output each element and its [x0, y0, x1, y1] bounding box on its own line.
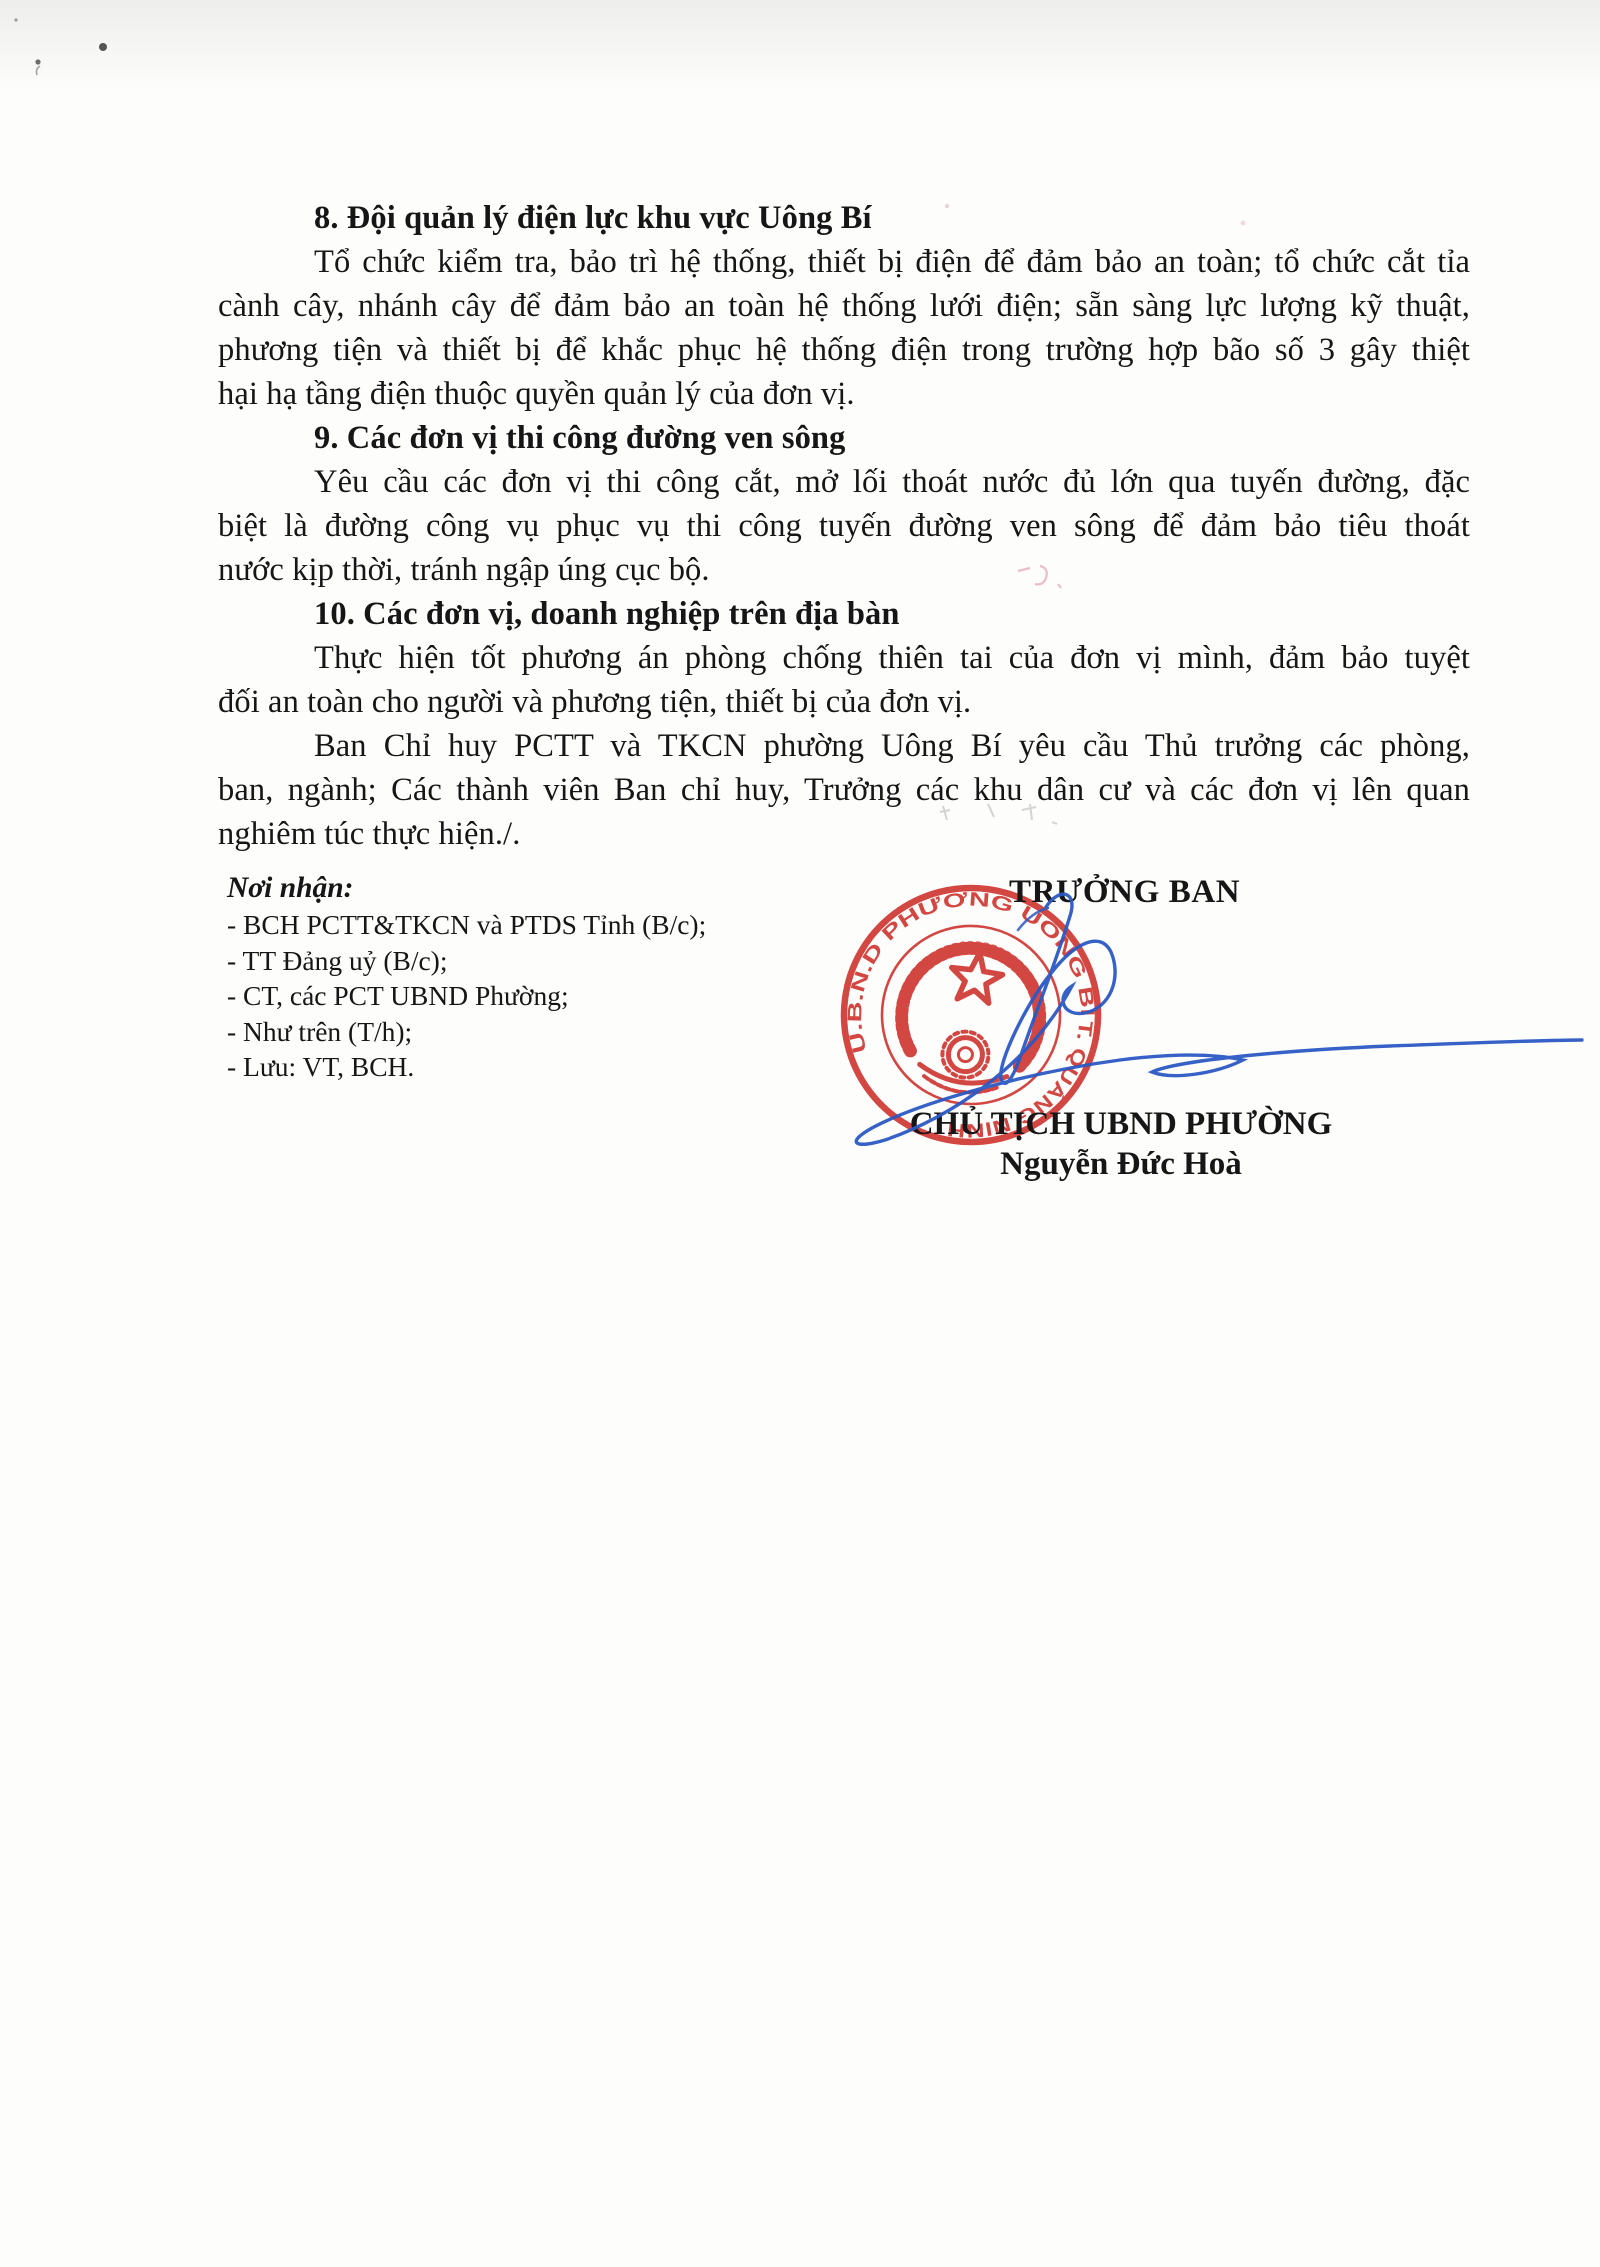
closing-line: Ban Chỉ huy PCTT và TKCN phường Uông Bí …	[218, 724, 1470, 768]
section-9-line: Yêu cầu các đơn vị thi công cắt, mở lối …	[218, 460, 1470, 504]
section-10-line: đối an toàn cho người và phương tiện, th…	[218, 680, 1470, 724]
signature-role-bottom: CHỦ TỊCH UBND PHƯỜNG	[903, 1106, 1339, 1143]
scan-shading	[0, 0, 1600, 90]
recipient-item: - BCH PCTT&TKCN và PTDS Tỉnh (B/c);	[227, 907, 706, 943]
signer-name: Nguyễn Đức Hoà	[903, 1146, 1339, 1183]
document-body: 8. Đội quản lý điện lực khu vực Uông Bí …	[218, 196, 1470, 856]
recipient-item: - TT Đảng uỷ (B/c);	[227, 943, 706, 979]
recipients-block: Nơi nhận: - BCH PCTT&TKCN và PTDS Tỉnh (…	[227, 869, 706, 1085]
recipients-title: Nơi nhận:	[227, 869, 706, 907]
section-9-line: biệt là đường công vụ phục vụ thi công t…	[218, 504, 1470, 548]
section-10-heading: 10. Các đơn vị, doanh nghiệp trên địa bà…	[218, 592, 1470, 636]
section-8-heading: 8. Đội quản lý điện lực khu vực Uông Bí	[218, 196, 1470, 240]
recipient-item: - Lưu: VT, BCH.	[227, 1049, 706, 1085]
section-9-line: nước kịp thời, tránh ngập úng cục bộ.	[218, 548, 1470, 592]
section-10-line: Thực hiện tốt phương án phòng chống thiê…	[218, 636, 1470, 680]
signature-role-top: TRƯỞNG BAN	[1009, 874, 1240, 911]
closing-line: nghiêm túc thực hiện./.	[218, 812, 1470, 856]
section-9-heading: 9. Các đơn vị thi công đường ven sông	[218, 416, 1470, 460]
scanned-document-page: 8. Đội quản lý điện lực khu vực Uông Bí …	[0, 0, 1600, 2267]
recipient-item: - CT, các PCT UBND Phường;	[227, 978, 706, 1014]
recipient-item: - Như trên (T/h);	[227, 1014, 706, 1050]
section-8-line: hại hạ tầng điện thuộc quyền quản lý của…	[218, 372, 1470, 416]
section-8-line: cành cây, nhánh cây để đảm bảo an toàn h…	[218, 284, 1470, 328]
section-8-line: Tổ chức kiểm tra, bảo trì hệ thống, thiế…	[218, 240, 1470, 284]
section-8-line: phương tiện và thiết bị để khắc phục hệ …	[218, 328, 1470, 372]
closing-line: ban, ngành; Các thành viên Ban chỉ huy, …	[218, 768, 1470, 812]
